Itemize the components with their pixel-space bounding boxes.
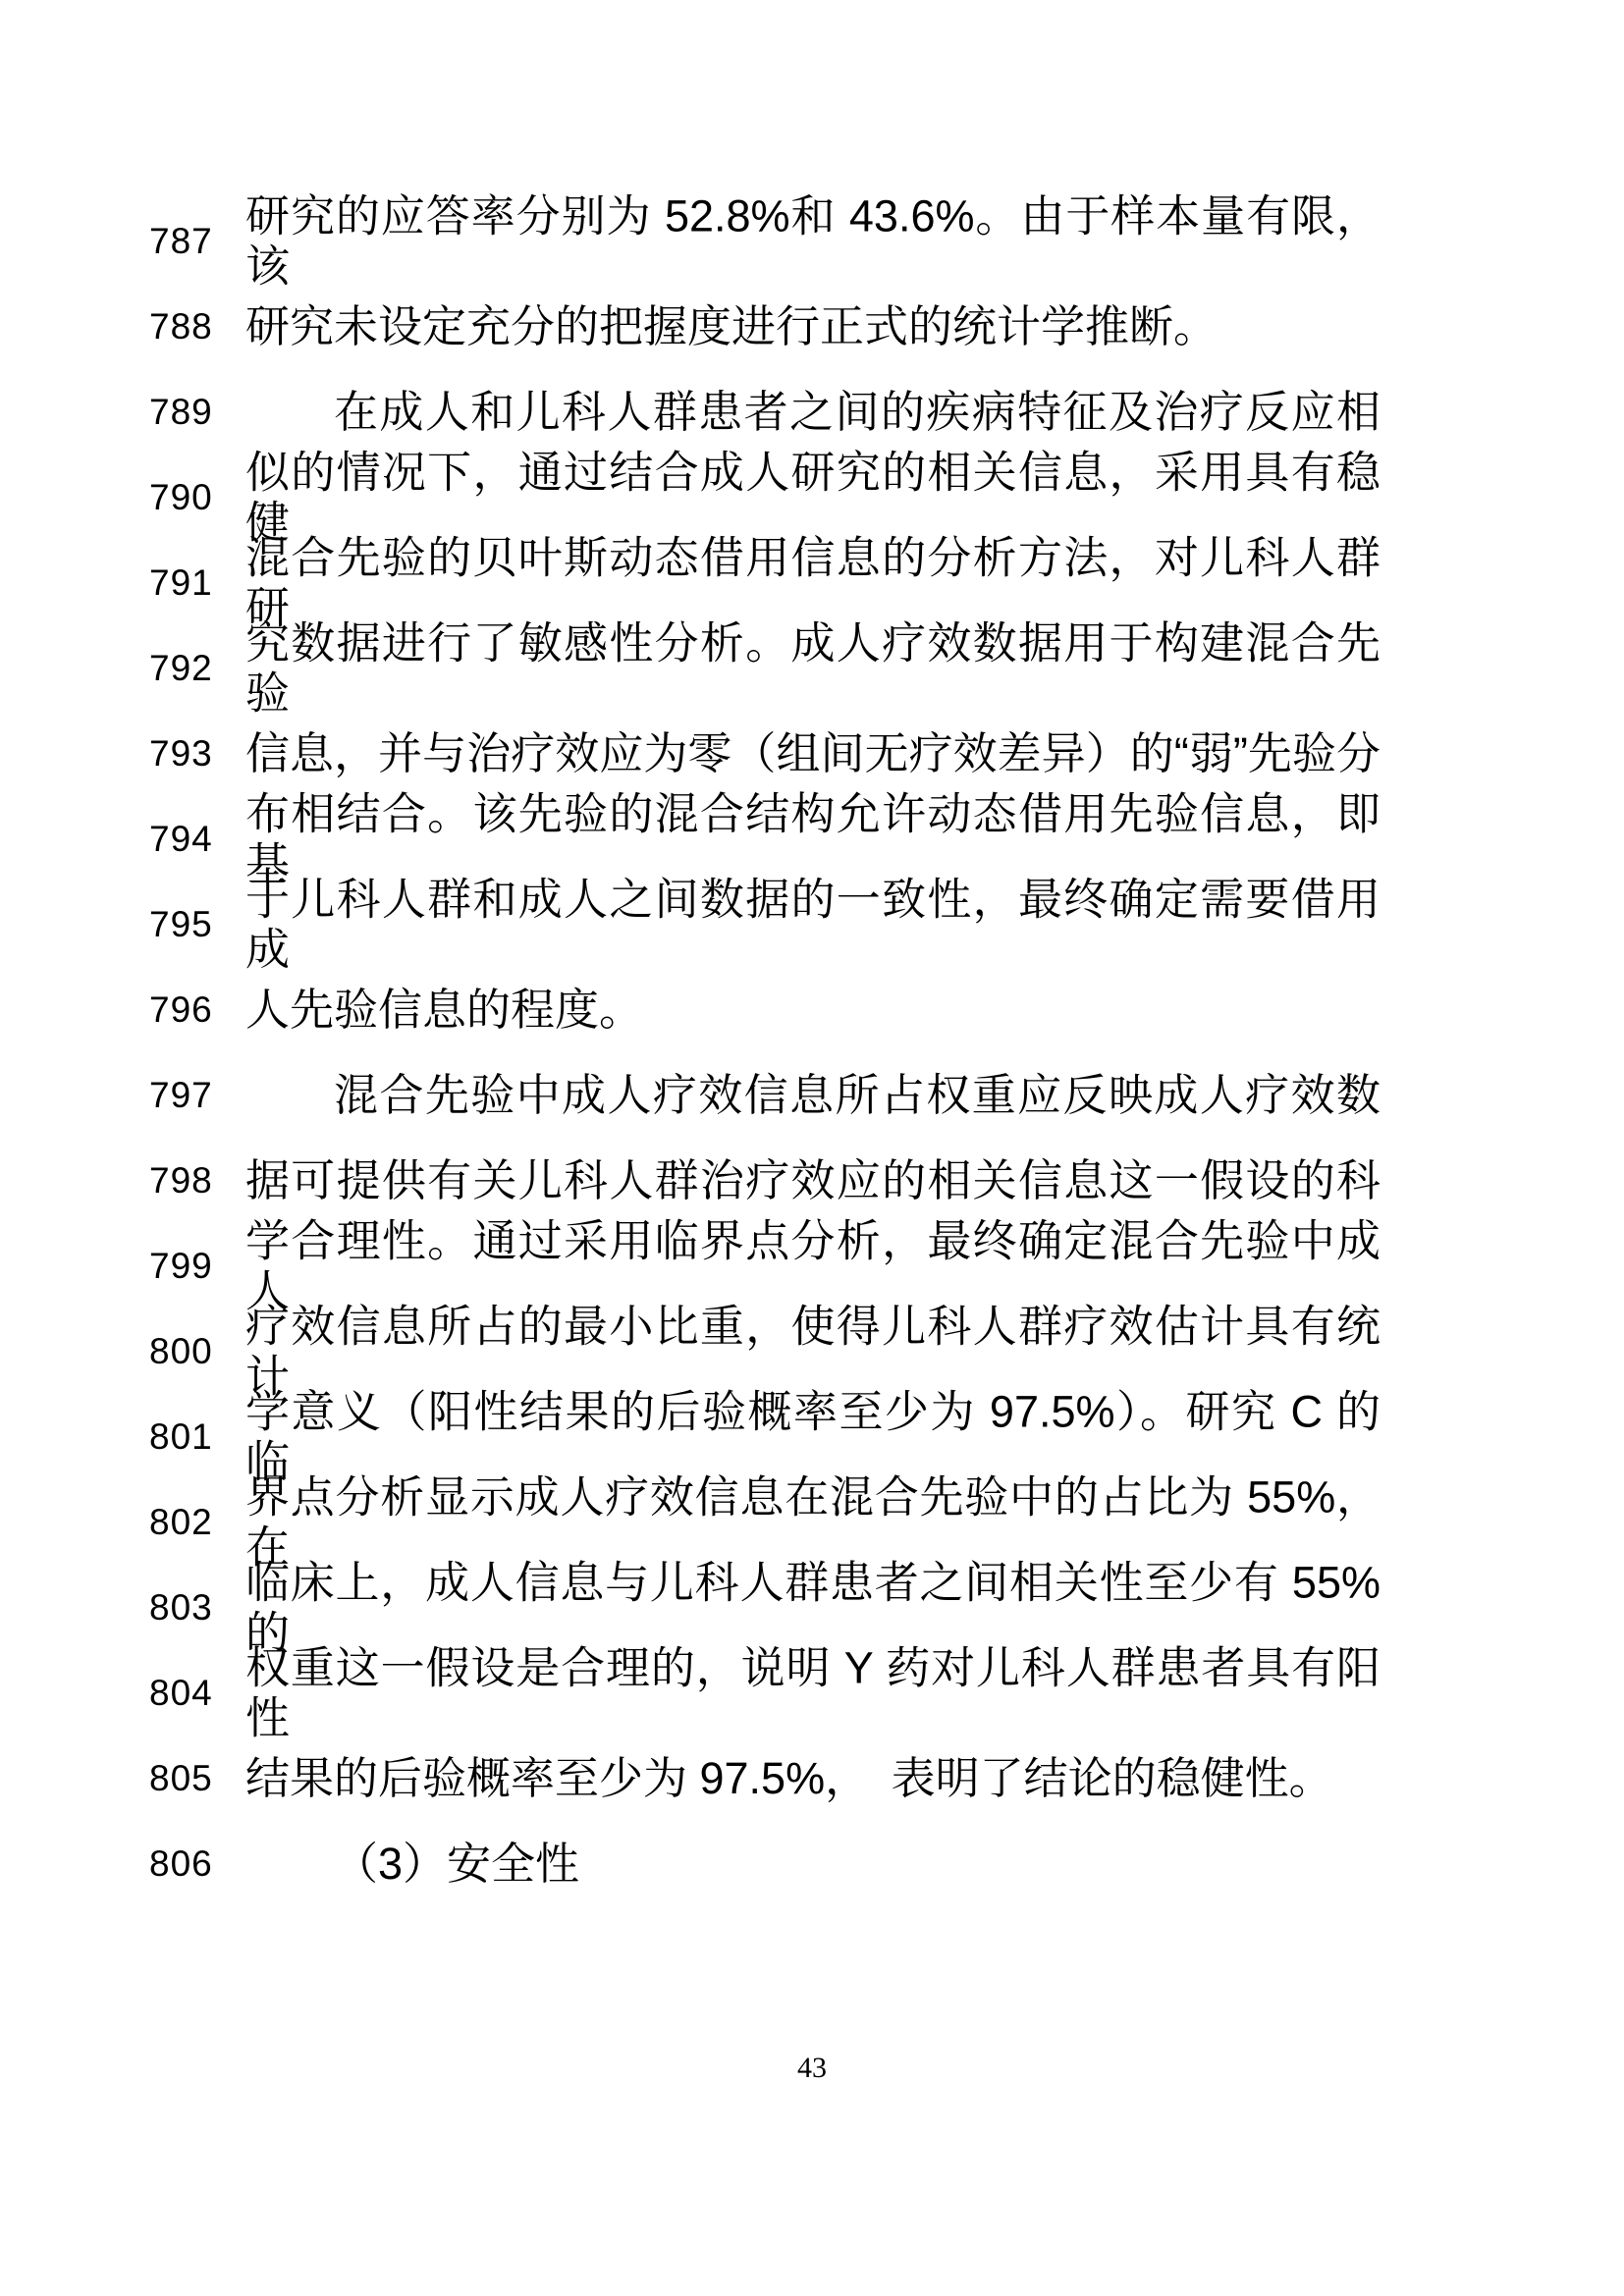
document-line: 805 结果的后验概率至少为 97.5%， 表明了结论的稳健性。	[0, 1735, 1624, 1821]
line-number: 787	[149, 221, 213, 262]
line-number: 806	[149, 1843, 213, 1885]
document-page: 787 研究的应答率分别为 52.8%和 43.6%。由于样本量有限，该 788…	[0, 0, 1624, 2296]
line-number: 805	[149, 1758, 213, 1799]
line-text: 研究的应答率分别为 52.8%和 43.6%。由于样本量有限，该	[245, 190, 1380, 293]
line-text: 信息，并与治疗效应为零（组间无疗效差异）的“弱”先验分	[245, 728, 1380, 779]
text-block: 787 研究的应答率分别为 52.8%和 43.6%。由于样本量有限，该 788…	[0, 198, 1624, 1906]
line-number: 788	[149, 306, 213, 347]
line-number: 797	[149, 1075, 213, 1116]
line-number: 798	[149, 1160, 213, 1201]
line-number: 794	[149, 819, 213, 860]
line-number: 790	[149, 477, 213, 518]
line-text: 人先验信息的程度。	[245, 985, 1380, 1036]
line-text: 在成人和儿科人群患者之间的疾病特征及治疗反应相	[245, 387, 1380, 438]
line-number: 795	[149, 904, 213, 945]
line-text: 权重这一假设是合理的，说明 Y 药对儿科人群患者具有阳性	[245, 1642, 1380, 1744]
document-line: 796 人先验信息的程度。	[0, 967, 1624, 1052]
document-line: 788 研究未设定充分的把握度进行正式的统计学推断。	[0, 284, 1624, 369]
document-line: 790 似的情况下，通过结合成人研究的相关信息，采用具有稳健	[0, 454, 1624, 540]
document-line: 791 混合先验的贝叶斯动态借用信息的分析方法，对儿科人群研	[0, 540, 1624, 625]
document-line: 804 权重这一假设是合理的，说明 Y 药对儿科人群患者具有阳性	[0, 1650, 1624, 1735]
document-line: 800 疗效信息所占的最小比重，使得儿科人群疗效估计具有统计	[0, 1308, 1624, 1394]
line-number: 793	[149, 733, 213, 774]
line-text: 于儿科人群和成人之间数据的一致性，最终确定需要借用成	[245, 874, 1380, 976]
page-footer: 43	[0, 2052, 1624, 2085]
document-line: 801 学意义（阳性结果的后验概率至少为 97.5%）。研究 C 的临	[0, 1394, 1624, 1479]
line-number: 792	[149, 648, 213, 689]
line-number: 804	[149, 1673, 213, 1714]
line-number: 789	[149, 392, 213, 433]
line-text: 混合先验中成人疗效信息所占权重应反映成人疗效数	[245, 1070, 1380, 1121]
document-line: 793 信息，并与治疗效应为零（组间无疗效差异）的“弱”先验分	[0, 711, 1624, 796]
document-line: 797 混合先验中成人疗效信息所占权重应反映成人疗效数	[0, 1052, 1624, 1138]
line-text: 结果的后验概率至少为 97.5%， 表明了结论的稳健性。	[245, 1753, 1380, 1804]
line-number: 803	[149, 1587, 213, 1629]
document-line: 798 据可提供有关儿科人群治疗效应的相关信息这一假设的科	[0, 1138, 1624, 1223]
line-text: 研究未设定充分的把握度进行正式的统计学推断。	[245, 301, 1380, 352]
line-text: （3）安全性	[245, 1839, 1380, 1890]
document-line: 795 于儿科人群和成人之间数据的一致性，最终确定需要借用成	[0, 881, 1624, 967]
line-number: 801	[149, 1416, 213, 1458]
line-number: 802	[149, 1502, 213, 1543]
line-text: 究数据进行了敏感性分析。成人疗效数据用于构建混合先验	[245, 617, 1380, 720]
page-number: 43	[797, 2052, 827, 2084]
document-line: 789 在成人和儿科人群患者之间的疾病特征及治疗反应相	[0, 369, 1624, 454]
line-number: 791	[149, 562, 213, 604]
document-line: 806 （3）安全性	[0, 1821, 1624, 1906]
document-line: 802 界点分析显示成人疗效信息在混合先验中的占比为 55%，在	[0, 1479, 1624, 1565]
document-line: 799 学合理性。通过采用临界点分析，最终确定混合先验中成人	[0, 1223, 1624, 1308]
document-line: 792 究数据进行了敏感性分析。成人疗效数据用于构建混合先验	[0, 625, 1624, 711]
document-line: 787 研究的应答率分别为 52.8%和 43.6%。由于样本量有限，该	[0, 198, 1624, 284]
line-text: 据可提供有关儿科人群治疗效应的相关信息这一假设的科	[245, 1155, 1380, 1206]
line-number: 796	[149, 989, 213, 1031]
document-line: 803 临床上，成人信息与儿科人群患者之间相关性至少有 55%的	[0, 1565, 1624, 1650]
document-line: 794 布相结合。该先验的混合结构允许动态借用先验信息，即基	[0, 796, 1624, 881]
line-number: 800	[149, 1331, 213, 1372]
line-number: 799	[149, 1246, 213, 1287]
